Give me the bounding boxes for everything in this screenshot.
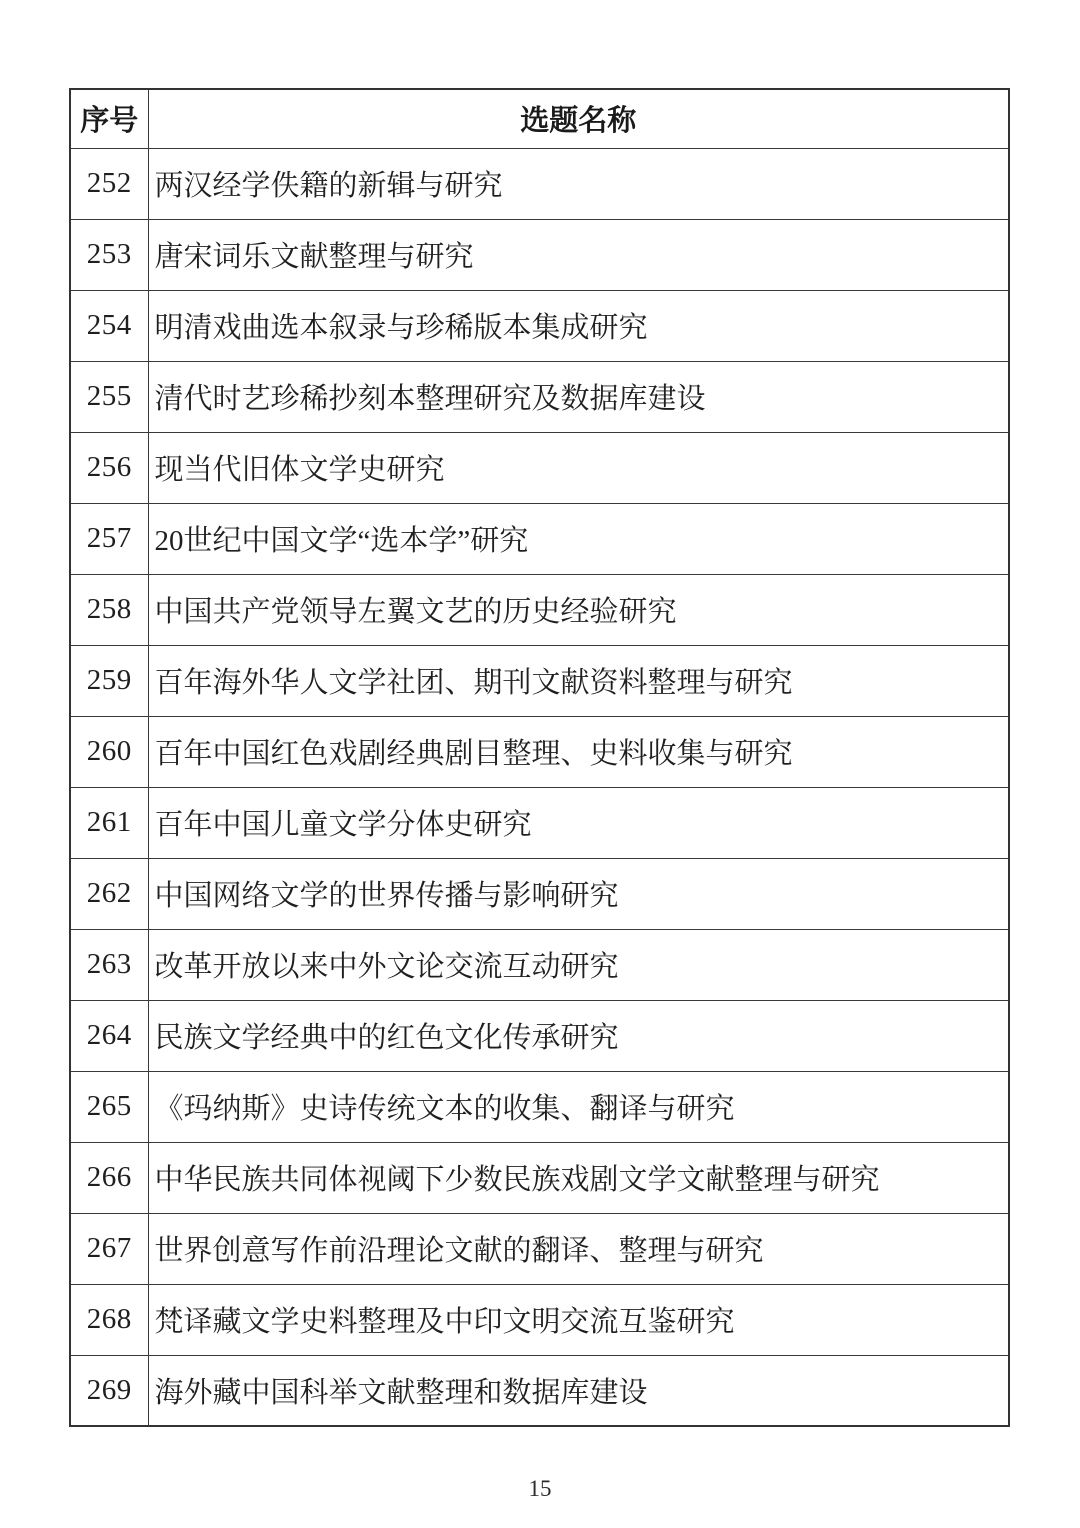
table-row: 268梵译藏文学史料整理及中印文明交流互鉴研究	[70, 1284, 1009, 1355]
header-cell-index: 序号	[70, 89, 148, 148]
row-index: 268	[70, 1284, 148, 1355]
page-number: 15	[0, 1476, 1080, 1502]
row-title: 百年中国红色戏剧经典剧目整理、史料收集与研究	[148, 716, 1009, 787]
row-index: 253	[70, 219, 148, 290]
row-title: 世界创意写作前沿理论文献的翻译、整理与研究	[148, 1213, 1009, 1284]
row-index: 259	[70, 645, 148, 716]
row-title: 两汉经学佚籍的新辑与研究	[148, 148, 1009, 219]
row-index: 269	[70, 1355, 148, 1426]
row-title: 20世纪中国文学“选本学”研究	[148, 503, 1009, 574]
table-row: 256现当代旧体文学史研究	[70, 432, 1009, 503]
table-row: 267世界创意写作前沿理论文献的翻译、整理与研究	[70, 1213, 1009, 1284]
row-index: 252	[70, 148, 148, 219]
row-index: 264	[70, 1000, 148, 1071]
row-title: 清代时艺珍稀抄刻本整理研究及数据库建设	[148, 361, 1009, 432]
row-index: 263	[70, 929, 148, 1000]
row-title: 中华民族共同体视阈下少数民族戏剧文学文献整理与研究	[148, 1142, 1009, 1213]
table-row: 25720世纪中国文学“选本学”研究	[70, 503, 1009, 574]
row-title: 百年海外华人文学社团、期刊文献资料整理与研究	[148, 645, 1009, 716]
document-page: 序号 选题名称 252两汉经学佚籍的新辑与研究253唐宋词乐文献整理与研究254…	[0, 0, 1080, 1528]
table-row: 263改革开放以来中外文论交流互动研究	[70, 929, 1009, 1000]
table-row: 259百年海外华人文学社团、期刊文献资料整理与研究	[70, 645, 1009, 716]
table-row: 252两汉经学佚籍的新辑与研究	[70, 148, 1009, 219]
row-title: 海外藏中国科举文献整理和数据库建设	[148, 1355, 1009, 1426]
row-title: 百年中国儿童文学分体史研究	[148, 787, 1009, 858]
row-title: 民族文学经典中的红色文化传承研究	[148, 1000, 1009, 1071]
table-row: 262中国网络文学的世界传播与影响研究	[70, 858, 1009, 929]
table-row: 255清代时艺珍稀抄刻本整理研究及数据库建设	[70, 361, 1009, 432]
row-index: 254	[70, 290, 148, 361]
header-row: 序号 选题名称	[70, 89, 1009, 148]
table-row: 258中国共产党领导左翼文艺的历史经验研究	[70, 574, 1009, 645]
row-index: 255	[70, 361, 148, 432]
row-index: 257	[70, 503, 148, 574]
row-title: 中国网络文学的世界传播与影响研究	[148, 858, 1009, 929]
table-row: 260百年中国红色戏剧经典剧目整理、史料收集与研究	[70, 716, 1009, 787]
row-title: 改革开放以来中外文论交流互动研究	[148, 929, 1009, 1000]
row-title: 现当代旧体文学史研究	[148, 432, 1009, 503]
header-cell-title: 选题名称	[148, 89, 1009, 148]
table-row: 253唐宋词乐文献整理与研究	[70, 219, 1009, 290]
row-index: 267	[70, 1213, 148, 1284]
table-row: 266中华民族共同体视阈下少数民族戏剧文学文献整理与研究	[70, 1142, 1009, 1213]
table-row: 265《玛纳斯》史诗传统文本的收集、翻译与研究	[70, 1071, 1009, 1142]
row-index: 258	[70, 574, 148, 645]
table-row: 254明清戏曲选本叙录与珍稀版本集成研究	[70, 290, 1009, 361]
row-title: 梵译藏文学史料整理及中印文明交流互鉴研究	[148, 1284, 1009, 1355]
row-title: 明清戏曲选本叙录与珍稀版本集成研究	[148, 290, 1009, 361]
row-index: 260	[70, 716, 148, 787]
table-row: 264民族文学经典中的红色文化传承研究	[70, 1000, 1009, 1071]
row-index: 265	[70, 1071, 148, 1142]
row-index: 261	[70, 787, 148, 858]
row-title: 唐宋词乐文献整理与研究	[148, 219, 1009, 290]
row-index: 256	[70, 432, 148, 503]
topic-table: 序号 选题名称 252两汉经学佚籍的新辑与研究253唐宋词乐文献整理与研究254…	[69, 88, 1010, 1427]
row-index: 266	[70, 1142, 148, 1213]
row-title: 《玛纳斯》史诗传统文本的收集、翻译与研究	[148, 1071, 1009, 1142]
table-row: 269海外藏中国科举文献整理和数据库建设	[70, 1355, 1009, 1426]
row-index: 262	[70, 858, 148, 929]
row-title: 中国共产党领导左翼文艺的历史经验研究	[148, 574, 1009, 645]
table-row: 261百年中国儿童文学分体史研究	[70, 787, 1009, 858]
